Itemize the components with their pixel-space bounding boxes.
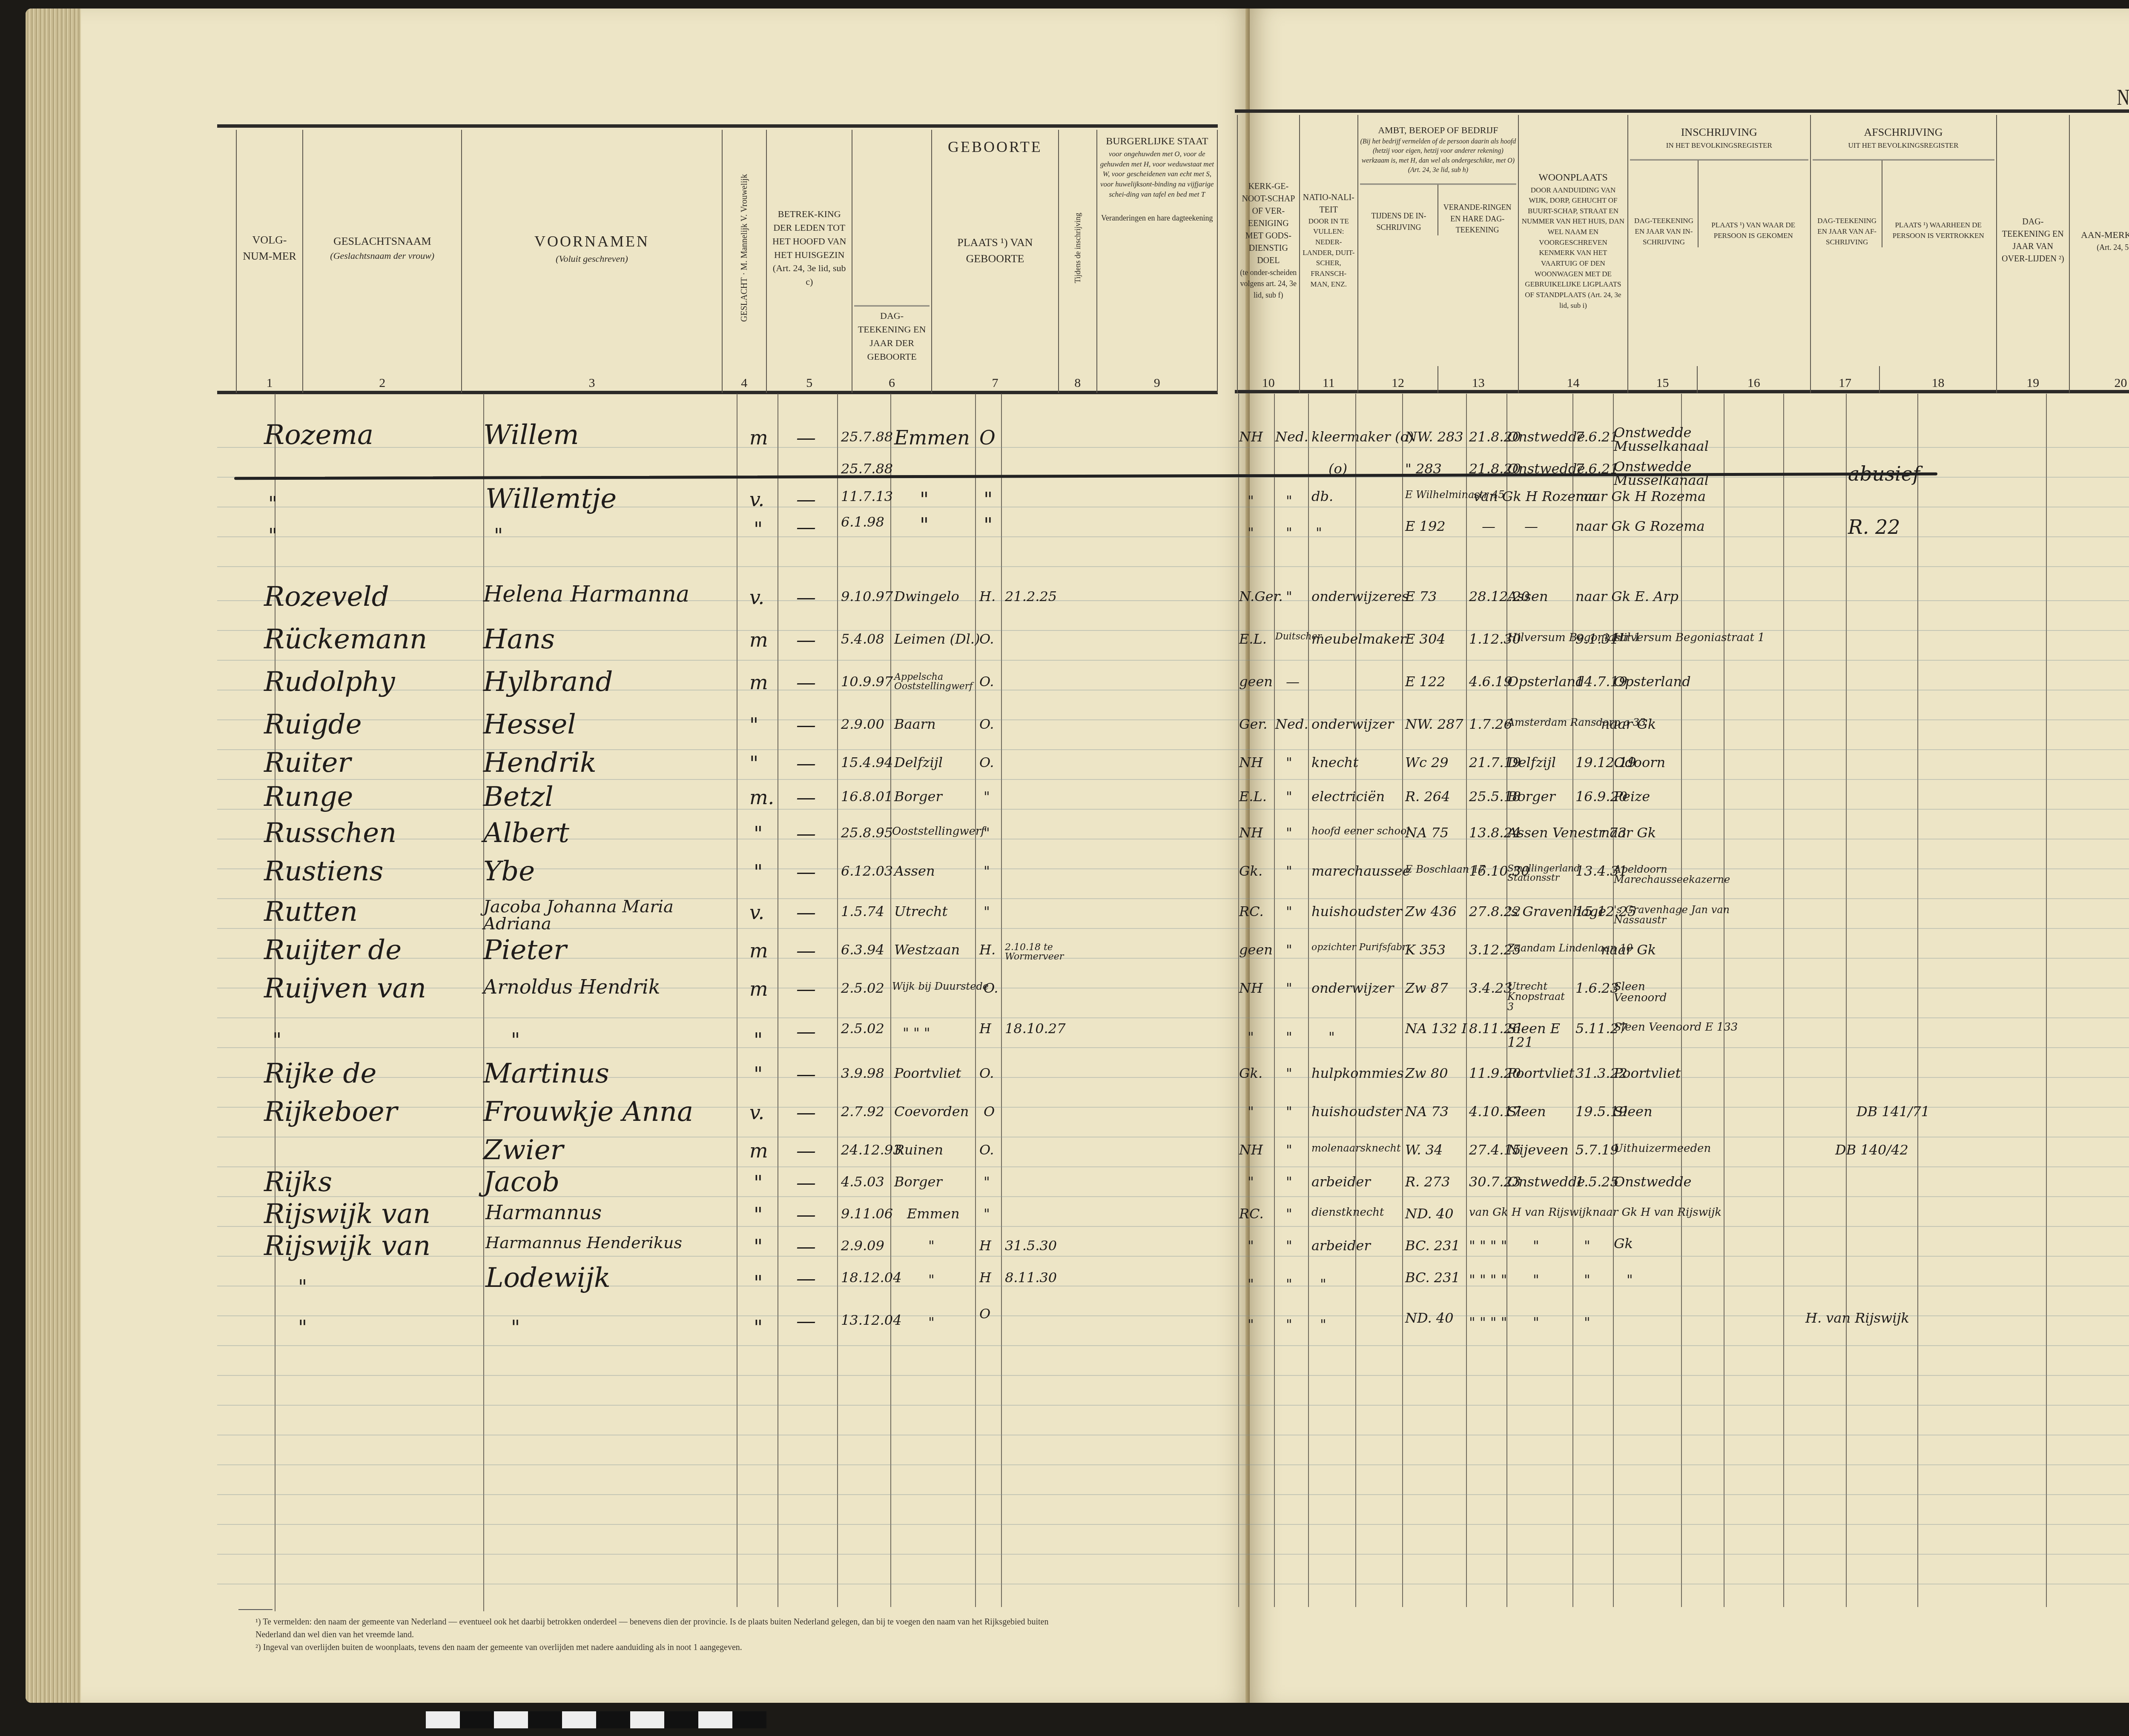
col-19-number: 19 bbox=[1997, 366, 2069, 393]
naar-gezinskaart: naar Gk G Rozema bbox=[1575, 519, 1705, 533]
surname: Ruiter bbox=[264, 749, 351, 776]
church: NH bbox=[1239, 981, 1263, 995]
relation: — bbox=[796, 862, 816, 882]
col-11-header: NATIO-NALI-TEITDOOR IN TE VULLEN: NEDER-… bbox=[1300, 115, 1358, 366]
address: E 192 bbox=[1405, 519, 1446, 533]
relation: — bbox=[796, 788, 816, 807]
naar-gezinskaart: naar Gk bbox=[1601, 943, 1656, 957]
header-top-rule-left bbox=[217, 124, 1218, 128]
birth-date: 6.1.98 bbox=[841, 515, 884, 529]
civil-status-change: 2.10.18 te Wormerveer bbox=[1005, 943, 1082, 962]
church: " bbox=[1248, 494, 1254, 507]
birth-date: 15.4.94 bbox=[841, 756, 893, 769]
given-names: Pieter bbox=[483, 937, 567, 964]
occupation: " bbox=[1328, 1030, 1335, 1044]
occupation: " bbox=[1316, 526, 1322, 539]
given-names: Frouwkje Anna bbox=[483, 1098, 693, 1126]
birth-date: 18.12.04 bbox=[841, 1271, 902, 1284]
civil-status: O. bbox=[979, 1066, 994, 1080]
nationality: " bbox=[1286, 981, 1292, 995]
church: Ger. bbox=[1239, 717, 1267, 731]
nationality: " bbox=[1286, 826, 1292, 839]
birth-date: 16.8.01 bbox=[841, 790, 893, 803]
address: Zw 80 bbox=[1405, 1066, 1448, 1080]
sex: v. bbox=[749, 490, 764, 509]
sex: v. bbox=[749, 902, 764, 922]
sex: " bbox=[754, 862, 763, 882]
civil-status: O. bbox=[979, 1143, 994, 1157]
inschrijving-date: " " " " bbox=[1469, 1315, 1507, 1329]
relation: — bbox=[796, 517, 816, 537]
occupation: arbeider bbox=[1311, 1239, 1371, 1252]
given-names: Betzl bbox=[483, 783, 554, 811]
civil-status: H bbox=[979, 1022, 991, 1035]
birth-place: Poortvliet bbox=[894, 1066, 961, 1080]
col-6-number: 6 bbox=[852, 366, 931, 393]
birth-date: 9.10.97 bbox=[841, 590, 893, 603]
remark: R. 22 bbox=[1848, 517, 1900, 537]
civil-status: " bbox=[984, 515, 993, 535]
given-names: Willemtje bbox=[485, 485, 617, 513]
nationality: " bbox=[1286, 756, 1292, 769]
birth-place: Emmen bbox=[894, 428, 970, 447]
occupation: molenaarsknecht bbox=[1311, 1143, 1401, 1153]
occupation: " bbox=[1320, 1277, 1326, 1291]
from-place: Onstwedde bbox=[1507, 1175, 1585, 1189]
church: geen bbox=[1239, 675, 1273, 688]
civil-status: " bbox=[984, 490, 993, 509]
relation: — bbox=[796, 428, 816, 447]
birth-place: Utrecht bbox=[894, 905, 947, 918]
inschrijving-date: " " " " bbox=[1469, 1273, 1507, 1286]
birth-place: " " " bbox=[903, 1026, 930, 1040]
nationality: " bbox=[1286, 1318, 1292, 1331]
inschrijving-date: 4.6.19 bbox=[1469, 675, 1512, 688]
birth-date: 9.11.06 bbox=[841, 1207, 893, 1220]
to-place: " bbox=[1627, 1273, 1633, 1286]
header-table-left: VOLG-NUM-MER GESLACHTSNAAM(Geslachtsnaam… bbox=[217, 130, 1218, 393]
col-18-header: PLAATS ¹) WAARHEEN DE PERSOON IS VERTROK… bbox=[1882, 160, 1994, 247]
birth-place: Dwingelo bbox=[894, 590, 959, 603]
sex: " bbox=[754, 1318, 763, 1337]
surname: Rijswijk van bbox=[264, 1200, 430, 1228]
civil-status: " bbox=[984, 864, 990, 878]
occupation: knecht bbox=[1311, 756, 1358, 769]
birth-place: Coevorden bbox=[894, 1105, 969, 1118]
church: NH bbox=[1239, 826, 1263, 839]
birth-date: 2.9.09 bbox=[841, 1239, 884, 1252]
surname: Russchen bbox=[264, 819, 396, 847]
church: NH bbox=[1239, 430, 1263, 444]
sex: m bbox=[749, 941, 768, 960]
naar-gezinskaart: naar Gk bbox=[1601, 826, 1656, 839]
from-place: Sleen E 121 bbox=[1507, 1022, 1571, 1049]
nationality: " bbox=[1286, 1066, 1292, 1080]
civil-status: " bbox=[984, 826, 990, 839]
address: E 304 bbox=[1405, 632, 1446, 646]
col-18-number: 18 bbox=[1879, 366, 1996, 393]
surname: Rijkeboer bbox=[264, 1098, 397, 1126]
given-names: Hans bbox=[483, 626, 555, 653]
birth-date: 2.5.02 bbox=[841, 1022, 884, 1035]
sheet-number-label: Nummer van het blad bbox=[2117, 85, 2129, 110]
col-10-header: KERK-GE-NOOT-SCHAP OF VER-EENIGING MET G… bbox=[1237, 115, 1300, 366]
col-5-header: BETREK-KING DER LEDEN TOT HET HOOFD VAN … bbox=[766, 130, 852, 366]
sex: v. bbox=[749, 587, 764, 607]
address: K 353 bbox=[1405, 943, 1446, 957]
page-edges-left bbox=[26, 9, 81, 1703]
birth-place: " bbox=[920, 515, 929, 535]
to-place: Sleen Veenoord bbox=[1614, 981, 1699, 1003]
to-place: Poortvliet bbox=[1614, 1066, 1681, 1080]
birth-place: " bbox=[928, 1273, 935, 1286]
col-17-number: 17 bbox=[1811, 366, 1880, 393]
from-place: Borger bbox=[1507, 790, 1555, 803]
from-place: Delfzijl bbox=[1507, 756, 1556, 769]
to-place: Onstwedde Musselkanaal bbox=[1614, 426, 1750, 453]
afschrijving-date: " bbox=[1584, 1239, 1590, 1252]
birth-date: 2.9.00 bbox=[841, 717, 884, 731]
occupation: meubelmaker bbox=[1311, 632, 1406, 646]
birth-date: 5.4.08 bbox=[841, 632, 884, 646]
relation: — bbox=[796, 1022, 816, 1041]
church: Gk. bbox=[1239, 1066, 1262, 1080]
relation: — bbox=[796, 715, 816, 735]
given-names: Jacoba Johanna Maria Adriana bbox=[483, 898, 735, 932]
birth-place: Borger bbox=[894, 1175, 942, 1189]
address: Zw 436 bbox=[1405, 905, 1457, 918]
surname: Rijks bbox=[264, 1169, 332, 1196]
civil-status: " bbox=[984, 1175, 990, 1189]
given-names: Zwier bbox=[483, 1137, 563, 1164]
surname: Ruijter de bbox=[264, 937, 402, 964]
birth-date: 13.12.04 bbox=[841, 1313, 902, 1327]
civil-status: O bbox=[979, 1307, 990, 1321]
civil-status: H bbox=[979, 1271, 991, 1284]
afschrijving-date: 7.6.21 bbox=[1575, 430, 1619, 444]
relation: — bbox=[796, 1173, 816, 1192]
to-place: Sleen bbox=[1614, 1105, 1653, 1118]
col-2-number: 2 bbox=[303, 366, 462, 393]
col-8-number: 8 bbox=[1059, 366, 1096, 393]
to-place: Opsterland bbox=[1614, 675, 1691, 688]
occupation: arbeider bbox=[1311, 1175, 1371, 1189]
surname: " bbox=[268, 526, 277, 545]
naar-gezinskaart: naar Gk E. Arp bbox=[1575, 590, 1679, 603]
civil-status: H bbox=[979, 1239, 991, 1252]
church: " bbox=[1248, 1277, 1254, 1291]
afschrijving-group-label: AFSCHRIJVING bbox=[1813, 124, 1994, 140]
church: " bbox=[1248, 1239, 1254, 1252]
sex: m. bbox=[749, 788, 774, 807]
birth-place: " bbox=[920, 490, 929, 509]
from-place: — bbox=[1524, 519, 1538, 533]
from-place: Onstwedde bbox=[1507, 430, 1585, 444]
birth-place: Leimen (Dl.) bbox=[894, 632, 980, 646]
col-16-header: PLAATS ¹) VAN WAAR DE PERSOON IS GEKOMEN bbox=[1699, 160, 1808, 247]
church: E.L. bbox=[1239, 632, 1267, 646]
surname: Ruijven van bbox=[264, 975, 426, 1002]
occupation: kleermaker (o) bbox=[1311, 430, 1414, 444]
occupation: onderwijzeres bbox=[1311, 590, 1409, 603]
to-place: Gk bbox=[1614, 1237, 1633, 1250]
col-20-number: 20 bbox=[2069, 366, 2129, 393]
sex: " bbox=[749, 753, 758, 773]
relation: — bbox=[796, 587, 816, 607]
birth-date: 11.7.13 bbox=[841, 490, 893, 503]
afschrijving-date: 1.6.23 bbox=[1575, 981, 1619, 995]
address: Wc 29 bbox=[1405, 756, 1449, 769]
birth-place: Borger bbox=[894, 790, 942, 803]
church: NH bbox=[1239, 756, 1263, 769]
given-names: Ybe bbox=[483, 858, 535, 885]
birth-date: 25.8.95 bbox=[841, 826, 893, 839]
surname: Rijke de bbox=[264, 1060, 376, 1087]
col-12-number: 12 bbox=[1358, 366, 1438, 393]
surname: Runge bbox=[264, 783, 353, 811]
birth-date: 4.5.03 bbox=[841, 1175, 884, 1189]
sex: " bbox=[754, 1173, 763, 1192]
relation: — bbox=[796, 1103, 816, 1122]
inschrijving-date: 1.7.26 bbox=[1469, 717, 1512, 731]
ambt-group-label: AMBT, BEROEP OF BEDRIJF bbox=[1360, 123, 1516, 137]
church: " bbox=[1248, 526, 1254, 539]
address: NW. 287 bbox=[1405, 717, 1463, 731]
header-top-rule-right bbox=[1235, 109, 2129, 113]
civil-status: " bbox=[984, 790, 990, 803]
occupation: hulpkommies bbox=[1311, 1066, 1404, 1080]
address: ND. 40 bbox=[1405, 1311, 1454, 1325]
surname: Rückemann bbox=[264, 626, 427, 653]
church: " bbox=[1248, 1318, 1254, 1331]
sex: " bbox=[749, 715, 758, 735]
to-place: Onstwedde bbox=[1614, 1175, 1691, 1189]
sex: m bbox=[749, 979, 768, 999]
surname: Rudolphy bbox=[264, 668, 395, 696]
birth-date: 6.3.94 bbox=[841, 943, 884, 957]
afschrijving-date: 9.1.31 bbox=[1575, 632, 1619, 646]
sex: " bbox=[754, 1205, 763, 1224]
birth-date: 2.7.92 bbox=[841, 1105, 884, 1118]
naar-gezinskaart: naar Gk H van Rijswijk bbox=[1592, 1207, 1722, 1218]
surname: Ruigde bbox=[264, 711, 362, 738]
from-place: Nijeveen bbox=[1507, 1143, 1569, 1157]
given-names: Willem bbox=[483, 421, 579, 449]
civil-status-change: 8.11.30 bbox=[1005, 1271, 1057, 1284]
surname: " bbox=[273, 1030, 281, 1050]
relation: — bbox=[796, 1205, 816, 1224]
occupation: dienstknecht bbox=[1311, 1207, 1384, 1218]
nationality: " bbox=[1286, 943, 1292, 957]
remark: DB 141/71 bbox=[1856, 1105, 1930, 1118]
address: Zw 87 bbox=[1405, 981, 1448, 995]
sex: m bbox=[749, 673, 768, 692]
col-17-header: DAG-TEEKENING EN JAAR VAN AF-SCHRIJVING bbox=[1813, 160, 1882, 247]
relation: — bbox=[796, 1141, 816, 1160]
from-place: Opsterland bbox=[1507, 675, 1584, 688]
birth-place: Assen bbox=[894, 864, 935, 878]
from-place: Utrecht Knopstraat 3 bbox=[1507, 981, 1571, 1012]
nationality: " bbox=[1286, 590, 1292, 603]
from-place: Poortvliet bbox=[1507, 1066, 1574, 1080]
occupation: onderwijzer bbox=[1311, 981, 1394, 995]
birth-date: 25.7.88 bbox=[841, 462, 893, 476]
occupation: (o) bbox=[1328, 462, 1347, 476]
to-place: Peize bbox=[1614, 790, 1650, 803]
geboorte-group-label: GEBOORTE bbox=[934, 136, 1056, 158]
civil-status: O. bbox=[979, 717, 994, 731]
birth-place: Wijk bij Duurstede bbox=[892, 981, 989, 991]
occupation: marechaussee bbox=[1311, 864, 1411, 878]
to-place: Apeldoorn Marechausseekazerne bbox=[1614, 864, 1784, 885]
nationality: " bbox=[1286, 1207, 1292, 1220]
sex: " bbox=[754, 519, 763, 539]
address: R. 264 bbox=[1405, 790, 1450, 803]
civil-status-change: 18.10.27 bbox=[1005, 1022, 1066, 1035]
col-7-header: GEBOORTEPLAATS ¹) VAN GEBOORTE bbox=[932, 130, 1059, 366]
occupation: electriciën bbox=[1311, 790, 1385, 803]
footnote-1: ¹) Te vermelden: den naam der gemeente v… bbox=[255, 1616, 1064, 1641]
afschrijving-date: " bbox=[1584, 1273, 1590, 1286]
civil-status: " bbox=[984, 905, 990, 918]
col-9-header: BURGERLIJKE STAATvoor ongehuwden met O, … bbox=[1097, 130, 1217, 366]
birth-date: 25.7.88 bbox=[841, 430, 893, 444]
address: BC. 231 bbox=[1405, 1239, 1460, 1252]
col-1-header: VOLG-NUM-MER bbox=[236, 130, 303, 366]
nationality: " bbox=[1286, 1143, 1292, 1157]
address: ND. 40 bbox=[1405, 1207, 1454, 1220]
address: NA 132 I bbox=[1405, 1022, 1467, 1035]
nationality: " bbox=[1286, 905, 1292, 918]
van-gezinskaart: van Gk H van Rijswijk bbox=[1469, 1207, 1592, 1218]
inschrijving-date: — bbox=[1482, 519, 1495, 533]
to-place: H. van Rijswijk bbox=[1805, 1311, 1909, 1325]
civil-status-change: 21.2.25 bbox=[1005, 590, 1057, 603]
civil-status: O. bbox=[984, 981, 999, 995]
birth-date: 3.9.98 bbox=[841, 1066, 884, 1080]
address: BC. 231 bbox=[1405, 1271, 1460, 1284]
church: " bbox=[1248, 1175, 1254, 1189]
birth-place: Westzaan bbox=[894, 943, 960, 957]
burgerlijke-staat-group-label: BURGERLIJKE STAAT bbox=[1099, 134, 1215, 149]
afschrijving-date: 5.7.19 bbox=[1575, 1143, 1619, 1157]
civil-status: O bbox=[979, 428, 996, 447]
sex: " bbox=[754, 824, 763, 843]
remark: DB 140/42 bbox=[1835, 1143, 1908, 1157]
inschrijving-date: " " " " bbox=[1469, 1239, 1507, 1252]
relation: — bbox=[796, 1269, 816, 1288]
church: geen bbox=[1239, 943, 1273, 957]
church: RC. bbox=[1239, 1207, 1264, 1220]
birth-place: Emmen bbox=[907, 1207, 960, 1220]
relation: — bbox=[796, 1237, 816, 1256]
church: E.L. bbox=[1239, 790, 1267, 803]
church: " bbox=[1248, 1030, 1254, 1044]
surname: Rustiens bbox=[264, 858, 383, 885]
to-place: Odoorn bbox=[1614, 756, 1665, 769]
sex: " bbox=[754, 1237, 763, 1256]
sex: " bbox=[754, 1030, 763, 1050]
sex: " bbox=[754, 1064, 763, 1084]
address: E 122 bbox=[1405, 675, 1446, 688]
surname: " bbox=[298, 1277, 307, 1297]
nationality: Ned. bbox=[1275, 717, 1308, 731]
nationality: " bbox=[1286, 526, 1292, 539]
given-names: Harmannus Henderikus bbox=[485, 1235, 682, 1251]
relation: — bbox=[796, 1311, 816, 1331]
address: R. 273 bbox=[1405, 1175, 1450, 1189]
relation: — bbox=[796, 753, 816, 773]
civil-status: O. bbox=[979, 632, 994, 646]
afschrijving-date: " bbox=[1584, 1315, 1590, 1329]
sex: m bbox=[749, 428, 768, 447]
civil-status-change: 31.5.30 bbox=[1005, 1239, 1057, 1252]
inschrijving-group-label: INSCHRIJVING bbox=[1630, 124, 1808, 140]
col-9-number: 9 bbox=[1097, 366, 1217, 393]
civil-status: H. bbox=[979, 590, 996, 603]
surname: Rutten bbox=[264, 898, 358, 925]
address: NA 75 bbox=[1405, 826, 1449, 839]
relation: — bbox=[796, 979, 816, 999]
church: " bbox=[1248, 1105, 1254, 1118]
occupation: db. bbox=[1311, 490, 1333, 503]
surname: " bbox=[268, 494, 277, 513]
birth-place: " bbox=[928, 1315, 935, 1329]
nationality: " bbox=[1286, 1105, 1292, 1118]
birth-place: " bbox=[928, 1239, 935, 1252]
nationality: " bbox=[1286, 864, 1292, 878]
sex: m bbox=[749, 1141, 768, 1160]
birth-date: 10.9.97 bbox=[841, 675, 893, 688]
to-place: 's Gravenhage Jan van Nassaustr bbox=[1614, 905, 1784, 925]
civil-status: O. bbox=[979, 675, 994, 688]
sex: v. bbox=[749, 1103, 764, 1122]
scale-ruler bbox=[426, 1711, 766, 1728]
nationality: — bbox=[1286, 675, 1300, 688]
col-10-number: 10 bbox=[1237, 366, 1300, 393]
col-3-number: 3 bbox=[462, 366, 722, 393]
birth-date: 1.5.74 bbox=[841, 905, 884, 918]
nationality: " bbox=[1286, 1277, 1292, 1291]
birth-place: Baarn bbox=[894, 717, 936, 731]
col-3-header: VOORNAMEN(Voluit geschreven) bbox=[462, 130, 722, 366]
col-13-number: 13 bbox=[1438, 366, 1518, 393]
civil-status: H. bbox=[979, 943, 996, 957]
civil-status: " bbox=[984, 1207, 990, 1220]
civil-status: O bbox=[984, 1105, 995, 1118]
given-names: Hessel bbox=[483, 711, 576, 738]
surname: Rozema bbox=[264, 421, 373, 449]
given-names: Hendrik bbox=[483, 749, 597, 776]
col-2-header: GESLACHTSNAAM(Geslachtsnaam der vrouw) bbox=[303, 130, 462, 366]
birth-place: Ooststellingwerf bbox=[892, 826, 985, 837]
relation: — bbox=[796, 902, 816, 922]
relation: — bbox=[796, 824, 816, 843]
from-place: Sleen bbox=[1507, 1105, 1546, 1118]
col-4-header: GESLACHT · M. Mannelijk V. Vrouwelijk bbox=[722, 130, 766, 366]
header-table-right: KERK-GE-NOOT-SCHAP OF VER-EENIGING MET G… bbox=[1237, 115, 2129, 393]
occupation: " bbox=[1320, 1318, 1326, 1331]
col-20-header: AAN-MERKINGEN(Art. 24, 5e lid) bbox=[2069, 115, 2129, 366]
birth-date: 2.5.02 bbox=[841, 981, 884, 995]
col-17-18-header: AFSCHRIJVING UIT HET BEVOLKINGSREGISTER … bbox=[1811, 115, 1997, 366]
address: W. 34 bbox=[1405, 1143, 1443, 1157]
nationality: " bbox=[1286, 790, 1292, 803]
nationality: " bbox=[1286, 1030, 1292, 1044]
birth-place: Delfzijl bbox=[894, 756, 943, 769]
given-names: Jacob bbox=[483, 1169, 560, 1196]
given-names: " bbox=[511, 1318, 520, 1337]
